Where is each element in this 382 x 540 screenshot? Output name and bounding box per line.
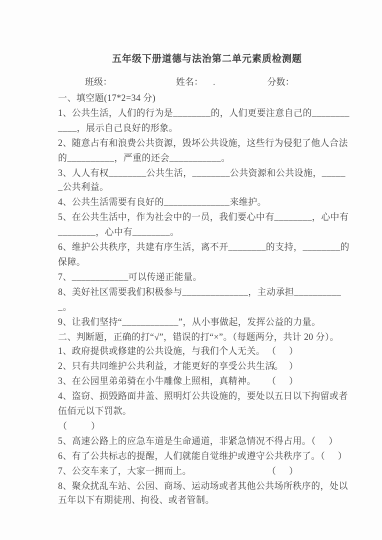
fill-in-blank-item: 1、公共生活，人们的行为是________的，人们更要注意自己的________… xyxy=(58,106,350,136)
judgement-item: 3、在公园里弟弟骑在小牛雕像上照相，真精神。（ ） xyxy=(58,374,350,389)
fill-in-blank-item: 2、随意占有和浪费公共资源，毁坏公共设施，这些行为侵犯了他人合法的_______… xyxy=(58,136,350,166)
test-paper-page: 五年级下册道德与法治第二单元素质检测题 班级： 姓名： . 分数： 一、填空题(… xyxy=(0,0,382,540)
fill-in-blank-item: 5、在公共生活中，作为社会中的一员，我们要心中有________，心中有____… xyxy=(58,210,350,240)
fill-in-blank-item: 3、人人有权________公共生活，________公共资源和公共设施，___… xyxy=(58,166,350,196)
fill-in-blank-list: 1、公共生活，人们的行为是________的，人们更要注意自己的________… xyxy=(58,106,350,330)
answer-bracket: （ ） xyxy=(267,374,300,389)
judgement-item: 4、盗窃、损毁路面井盖、照明灯公共设施的，要处以五日以下拘留或者伍佰元以下罚款。… xyxy=(58,389,350,434)
judgement-item-text: 1、政府提供或修建的公共设施，与我们个人无关。 xyxy=(58,346,265,356)
judgement-item-text: 4、盗窃、损毁路面井盖、照明灯公共设施的，要处以五日以下拘留或者伍佰元以下罚款。 xyxy=(58,391,348,416)
judgement-item-text: 6、有了公共标志的提醒，人们就能自觉维护或遵守公共秩序了。 xyxy=(58,451,320,461)
judgement-item-text: 2、只有共同维护公共利益，才能更好的享受公共生活。 xyxy=(58,361,284,371)
answer-bracket: （ ） xyxy=(267,344,300,359)
judgement-item-text: 5、高速公路上的应急车道是生命通道，非紧急情况不得占用。 xyxy=(58,436,311,446)
section1-heading: 一、填空题(17*2=34 分) xyxy=(58,91,350,106)
judgement-item: 2、只有共同维护公共利益，才能更好的享受公共生活。（ ） xyxy=(58,359,350,374)
name-mark: . xyxy=(213,76,215,88)
score-label: 分数： xyxy=(267,76,294,88)
answer-bracket: （ ） xyxy=(320,451,349,461)
judgement-item: 6、有了公共标志的提醒，人们就能自觉维护或遵守公共秩序了。（ ） xyxy=(58,449,350,464)
fill-in-blank-item: 4、公共生活需要有良好的______________来维护。 xyxy=(58,195,350,210)
name-label: 姓名： xyxy=(176,76,203,88)
answer-bracket: （ ） xyxy=(58,419,350,434)
judgement-item: 7、公交车来了，大家一拥而上。（ ） xyxy=(58,464,350,479)
answer-bracket: （ ） xyxy=(267,464,300,479)
judgement-list: 1、政府提供或修建的公共设施，与我们个人无关。（ ） 2、只有共同维护公共利益，… xyxy=(58,344,350,508)
document-body: 一、填空题(17*2=34 分) 1、公共生活，人们的行为是________的，… xyxy=(58,91,350,508)
fill-in-blank-item: 7、____________可以传递正能量。 xyxy=(58,270,350,285)
judgement-item-text: 7、公交车来了，大家一拥而上。 xyxy=(58,466,192,476)
fill-in-blank-item: 9、让我们坚持“____________”，从小事做起，发挥公益的力量。 xyxy=(58,315,350,330)
judgement-item: 1、政府提供或修建的公共设施，与我们个人无关。（ ） xyxy=(58,344,350,359)
judgement-item-text: 3、在公园里弟弟骑在小牛雕像上照相，真精神。 xyxy=(58,376,256,386)
fill-in-blank-item: 6、维护公共秩序，共建有序生活，离不开________的支持，________的… xyxy=(58,240,350,270)
answer-bracket: （ ） xyxy=(311,436,340,446)
page-title: 五年级下册道德与法治第二单元素质检测题 xyxy=(32,54,382,66)
student-info-row: 班级： 姓名： . 分数： xyxy=(58,76,350,88)
judgement-item-text: 8、聚众扰乱车站、公园、商场、运动场或者其他公共场所秩序的，处以五年以下有期徒刑… xyxy=(58,481,348,506)
section2-heading: 二、判断题，正确的打“√”，错误的打“×”。（每题两分，共计 20 分）。 xyxy=(58,330,350,345)
class-label: 班级： xyxy=(85,76,112,88)
fill-in-blank-item: 8、美好社区需要我们积极参与______________，主动承担_______… xyxy=(58,285,350,315)
judgement-item: 5、高速公路上的应急车道是生命通道，非紧急情况不得占用。（ ） xyxy=(58,434,350,449)
judgement-item: 8、聚众扰乱车站、公园、商场、运动场或者其他公共场所秩序的，处以五年以下有期徒刑… xyxy=(58,479,350,509)
answer-bracket: （ ） xyxy=(267,359,300,374)
